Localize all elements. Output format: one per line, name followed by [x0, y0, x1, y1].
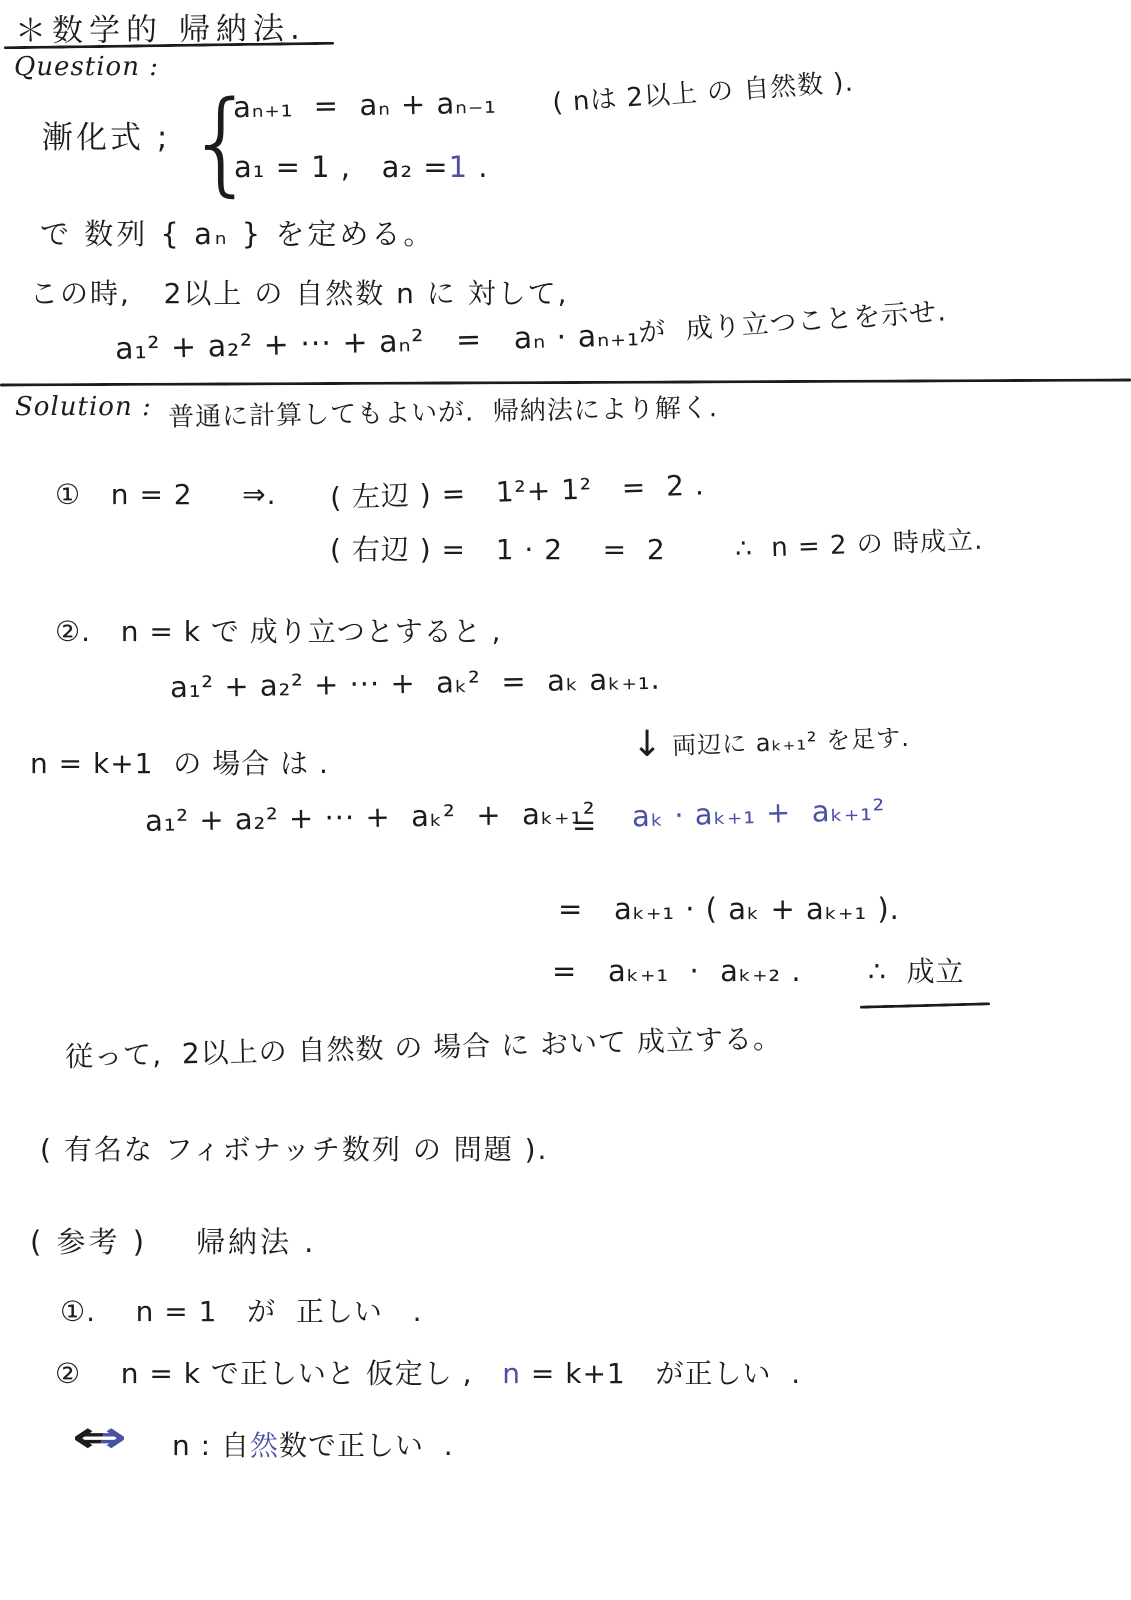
recurrence-eq-bottom: a₁ = 1 , a₂ =1 . [234, 150, 488, 184]
reference-iff-zen: 然 [250, 1429, 279, 1462]
reference-item1: ①. n = 1 が 正しい . [60, 1290, 423, 1330]
reference-iff-prefix: n : 自 [172, 1429, 250, 1462]
step2-head: ②. n = k で 成り立つとすると , [55, 610, 502, 650]
fibonacci-remark: ( 有名な フィボナッチ数列 の 問題 ). [40, 1128, 548, 1168]
recurrence-initial-terms: a₁ = 1 , a₂ = [234, 150, 449, 184]
recurrence-condition: ( nは 2以上 の 自然数 ). [551, 62, 855, 120]
step2-case: n = k+1 の 場合 は . [30, 742, 329, 782]
step1-lhs: ( 左辺 ) = 1²+ 1² = 2 . [329, 463, 705, 516]
solution-intro: 普通に計算してもよいが. 帰納法により解く. [168, 387, 719, 434]
step2-line2: = aₖ₊₁ · ( aₖ + aₖ₊₁ ). [558, 892, 900, 926]
section-divider [0, 379, 1131, 387]
recurrence-eq-top: aₙ₊₁ = aₙ + aₙ₋₁ [233, 86, 497, 125]
step2-hypothesis: a₁² + a₂² + ··· + aₖ² = aₖ aₖ₊₁. [170, 662, 661, 705]
step2-eq-right: aₖ · aₖ₊₁ + aₖ₊₁² [632, 793, 886, 834]
recurrence-a2-value: 1 [449, 150, 468, 184]
step2-line3: = aₖ₊₁ · aₖ₊₂ . [552, 954, 802, 988]
question-label: Question : [14, 52, 159, 82]
step2-eq-left: a₁² + a₂² + ··· + aₖ² + aₖ₊₁² [145, 796, 596, 838]
step2-eq-equals: = [572, 808, 597, 842]
step1-rhs: ( 右辺 ) = 1 · 2 = 2 [330, 528, 666, 568]
notebook-page: ＊数学的 帰納法. Question : 漸化式 ; { aₙ₊₁ = aₙ +… [0, 0, 1131, 1600]
qed-underline [860, 1002, 990, 1008]
reference-item2-n: n [502, 1357, 521, 1390]
sequence-definition: で 数列 { aₙ } を定める。 [40, 212, 435, 253]
step2-side-note: 両辺に aₖ₊₁² を足す. [671, 718, 910, 761]
reference-iff: n : 自然数で正しい . [172, 1424, 454, 1464]
down-arrow-icon: ↓ [632, 724, 663, 765]
recurrence-label: 漸化式 ; [42, 112, 170, 157]
reference-item2-suffix: = k+1 が正しい . [521, 1357, 801, 1390]
claim-intro: この時, 2以上 の 自然数 n に 対して, [30, 272, 569, 312]
final-conclusion: 従って, 2以上の 自然数 の 場合 に おいて 成立する。 [65, 1017, 783, 1076]
claim-suffix: が 成り立つことを示せ. [637, 289, 948, 349]
step1-conclusion: ∴ n = 2 の 時成立. [734, 520, 983, 566]
iff-arrow-icon: ⇔ [72, 1412, 129, 1463]
step1-head: ① n = 2 ⇒. [55, 478, 277, 511]
reference-item2-prefix: ② n = k で正しいと 仮定し , [55, 1357, 502, 1390]
reference-head: ( 参考 ) 帰納法 . [30, 1220, 316, 1261]
claim-equation: a₁² + a₂² + ··· + aₙ² = aₙ · aₙ₊₁ [115, 318, 641, 367]
step2-qed: ∴ 成立 [868, 950, 965, 990]
recurrence-period: . [468, 150, 488, 184]
reference-item2: ② n = k で正しいと 仮定し , n = k+1 が正しい . [55, 1352, 801, 1392]
reference-iff-suffix: 数で正しい . [279, 1429, 454, 1462]
solution-label: Solution : [15, 392, 152, 422]
